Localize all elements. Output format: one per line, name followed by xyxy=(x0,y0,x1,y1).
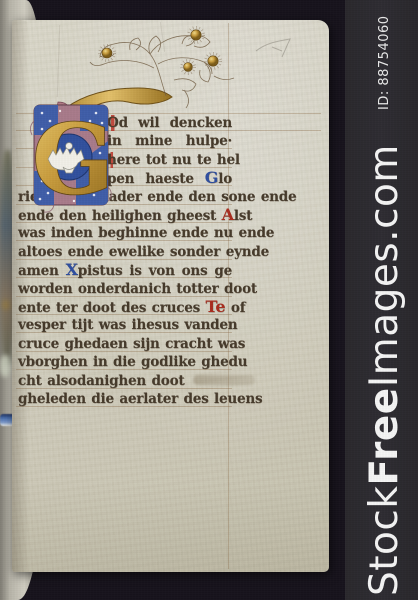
facing-page-gold-sliver xyxy=(2,300,10,310)
gold-besants xyxy=(100,28,221,74)
manuscript-line: here tot nu te hel xyxy=(107,151,232,169)
text-segment: cruce ghedaen sijn cracht was xyxy=(18,336,245,352)
manuscript-line: cruce ghedaen sijn cracht was xyxy=(18,335,232,353)
text-segment: vesper tijt was ihesus vanden xyxy=(18,317,237,333)
text-segment: ere tot nu te hel xyxy=(117,152,240,168)
text-segment: amen xyxy=(18,263,66,279)
watermark-site-pre: Stock xyxy=(362,486,407,596)
text-segment: of xyxy=(225,300,245,316)
text-segment: was inden beghinne ende nu ende xyxy=(18,225,274,241)
watermark-site-suffix: Images.com xyxy=(362,144,407,387)
text-segment: worden onderdanich totter doot xyxy=(18,281,257,297)
watermark-site-bold: Free xyxy=(362,387,407,485)
manuscript-line: amen Xpistus is von ons ge xyxy=(18,261,232,279)
manuscript-line: ente ter doot des cruces Te of xyxy=(18,298,232,316)
manuscript-line: cht alsodanighen doot xyxy=(18,372,232,390)
text-segment: pen haeste xyxy=(107,171,205,187)
watermark-id-text: ID: 88754060 xyxy=(377,15,392,110)
watermark-strip: StockFreeImages.com ID: 88754060 xyxy=(345,0,418,600)
blue-letter: X xyxy=(66,260,78,279)
text-segment: cht alsodanighen doot xyxy=(18,373,184,389)
manuscript-line: vborghen in die godlike ghedu xyxy=(18,353,232,371)
erased-text-smudge xyxy=(193,375,255,385)
facing-page-pale-sliver xyxy=(0,355,11,377)
text-segment: pistus is von ons ge xyxy=(78,263,232,279)
manuscript-line: worden onderdanich totter doot xyxy=(18,280,232,298)
manuscript-line: vesper tijt was ihesus vanden xyxy=(18,316,232,334)
pencil-mark xyxy=(252,33,298,63)
manuscript-line: gheleden die aerlater des leuens xyxy=(18,390,232,408)
text-segment: vborghen in die godlike ghedu xyxy=(18,354,247,370)
manuscript-line: altoes ende ewelike sonder eynde xyxy=(18,243,232,261)
illuminated-initial-G: G xyxy=(30,101,112,213)
text-segment: lo xyxy=(218,171,232,187)
text-segment: in mine hulpe· xyxy=(107,133,232,149)
text-segment: gheleden die aerlater des leuens xyxy=(18,391,262,407)
page-bottom-shading xyxy=(12,482,329,572)
watermark-site-text: StockFreeImages.com xyxy=(362,144,407,596)
manuscript-page: Od wil denckenin mine hulpe·here tot nu … xyxy=(12,20,329,572)
blue-letter: G xyxy=(205,168,218,187)
manuscript-line: in mine hulpe· xyxy=(107,132,232,150)
text-segment: lst xyxy=(234,208,252,224)
text-segment: ente ter doot des cruces xyxy=(18,300,206,316)
red-letter: A xyxy=(222,205,234,224)
manuscript-line: was inden beghinne ende nu ende xyxy=(18,224,232,242)
manuscript-line: pen haeste Glo xyxy=(107,169,232,187)
text-segment: altoes ende ewelike sonder eynde xyxy=(18,244,269,260)
red-letter: Te xyxy=(206,297,226,316)
